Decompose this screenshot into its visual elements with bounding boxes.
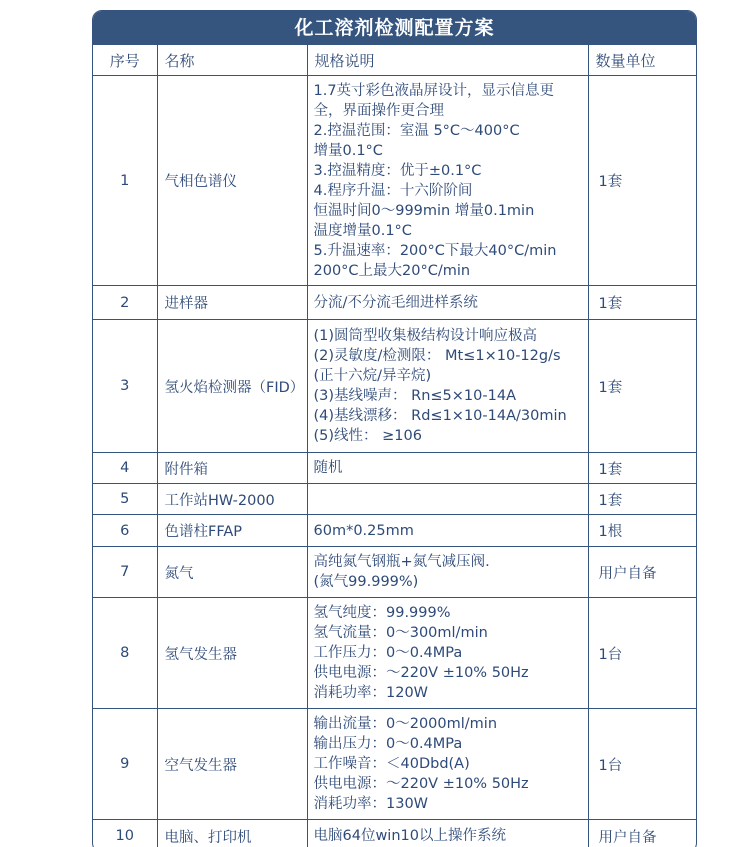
- row-spec: 分流/不分流毛细进样系统: [307, 286, 588, 320]
- row-qty: 1套: [588, 320, 696, 453]
- spec-line: 温度增量0.1°C: [314, 221, 582, 241]
- row-spec: [307, 484, 588, 515]
- spec-line: 消耗功率：120W: [314, 683, 582, 703]
- row-name: 氮气: [157, 547, 307, 598]
- header-index: 序号: [93, 45, 157, 76]
- table-row: 10 电脑、打印机 电脑64位win10以上操作系统 用户自备: [93, 820, 696, 847]
- spec-line: (正十六烷/异辛烷): [314, 366, 582, 386]
- row-qty: 1套: [588, 484, 696, 515]
- row-index: 6: [93, 515, 157, 547]
- row-qty: 1台: [588, 598, 696, 709]
- row-name: 工作站HW-2000: [157, 484, 307, 515]
- row-index: 10: [93, 820, 157, 847]
- spec-line: 1.7英寸彩色液晶屏设计，显示信息更: [314, 81, 582, 101]
- header-name: 名称: [157, 45, 307, 76]
- spec-line: 全，界面操作更合理: [314, 101, 582, 121]
- row-spec: 电脑64位win10以上操作系统: [307, 820, 588, 847]
- row-spec: 输出流量：0～2000ml/min 输出压力：0～0.4MPa 工作噪音：＜40…: [307, 709, 588, 820]
- spec-line: 输出压力：0～0.4MPa: [314, 734, 582, 754]
- header-qty: 数量单位: [588, 45, 696, 76]
- spec-line: 供电电源：～220V ±10% 50Hz: [314, 774, 582, 794]
- spec-line: 供电电源：～220V ±10% 50Hz: [314, 663, 582, 683]
- row-index: 4: [93, 453, 157, 484]
- row-spec: (1)圆筒型收集极结构设计响应极高 (2)灵敏度/检测限： Mt≤1×10-12…: [307, 320, 588, 453]
- row-name: 电脑、打印机: [157, 820, 307, 847]
- row-index: 3: [93, 320, 157, 453]
- row-name: 进样器: [157, 286, 307, 320]
- spec-line: 200°C上最大20°C/min: [314, 261, 582, 281]
- spec-line: 2.控温范围：室温 5°C～400°C: [314, 121, 582, 141]
- table-row: 6 色谱柱FFAP 60m*0.25mm 1根: [93, 515, 696, 547]
- row-name: 气相色谱仪: [157, 76, 307, 286]
- row-index: 7: [93, 547, 157, 598]
- spec-line: 输出流量：0～2000ml/min: [314, 714, 582, 734]
- row-qty: 用户自备: [588, 820, 696, 847]
- spec-line: 工作压力：0～0.4MPa: [314, 643, 582, 663]
- row-name: 空气发生器: [157, 709, 307, 820]
- spec-line: 增量0.1°C: [314, 141, 582, 161]
- spec-line: (5)线性： ≥106: [314, 426, 582, 446]
- row-index: 1: [93, 76, 157, 286]
- spec-line: (氮气99.999%): [314, 572, 582, 592]
- spec-line: 氢气纯度：99.999%: [314, 603, 582, 623]
- spec-line: 60m*0.25mm: [314, 521, 582, 541]
- config-table-card: 化工溶剂检测配置方案 序号 名称 规格说明 数量单位 1 气相色谱仪 1.7英寸…: [92, 10, 697, 847]
- spec-line: 高纯氮气钢瓶+氮气减压阀.: [314, 552, 582, 572]
- table-row: 8 氢气发生器 氢气纯度：99.999% 氢气流量：0～300ml/min 工作…: [93, 598, 696, 709]
- row-qty: 1套: [588, 76, 696, 286]
- spec-line: 随机: [314, 458, 582, 478]
- spec-line: 电脑64位win10以上操作系统: [314, 826, 582, 846]
- row-qty: 1套: [588, 286, 696, 320]
- row-index: 5: [93, 484, 157, 515]
- spec-line: 分流/不分流毛细进样系统: [314, 293, 582, 313]
- row-spec: 氢气纯度：99.999% 氢气流量：0～300ml/min 工作压力：0～0.4…: [307, 598, 588, 709]
- row-name: 氢气发生器: [157, 598, 307, 709]
- row-index: 8: [93, 598, 157, 709]
- spec-line: 消耗功率：130W: [314, 794, 582, 814]
- table-row: 7 氮气 高纯氮气钢瓶+氮气减压阀. (氮气99.999%) 用户自备: [93, 547, 696, 598]
- row-index: 9: [93, 709, 157, 820]
- table-title: 化工溶剂检测配置方案: [93, 11, 696, 45]
- row-spec: 60m*0.25mm: [307, 515, 588, 547]
- spec-line: (4)基线漂移： Rd≤1×10-14A/30min: [314, 406, 582, 426]
- table-row: 3 氢火焰检测器（FID） (1)圆筒型收集极结构设计响应极高 (2)灵敏度/检…: [93, 320, 696, 453]
- row-name: 氢火焰检测器（FID）: [157, 320, 307, 453]
- row-index: 2: [93, 286, 157, 320]
- table-row: 2 进样器 分流/不分流毛细进样系统 1套: [93, 286, 696, 320]
- row-spec: 随机: [307, 453, 588, 484]
- spec-line: 恒温时间0～999min 增量0.1min: [314, 201, 582, 221]
- row-spec: 1.7英寸彩色液晶屏设计，显示信息更 全，界面操作更合理 2.控温范围：室温 5…: [307, 76, 588, 286]
- table-row: 4 附件箱 随机 1套: [93, 453, 696, 484]
- spec-line: (2)灵敏度/检测限： Mt≤1×10-12g/s: [314, 346, 582, 366]
- table-row: 1 气相色谱仪 1.7英寸彩色液晶屏设计，显示信息更 全，界面操作更合理 2.控…: [93, 76, 696, 286]
- row-name: 色谱柱FFAP: [157, 515, 307, 547]
- row-qty: 1根: [588, 515, 696, 547]
- spec-line: 5.升温速率：200°C下最大40°C/min: [314, 241, 582, 261]
- row-spec: 高纯氮气钢瓶+氮气减压阀. (氮气99.999%): [307, 547, 588, 598]
- table-row: 9 空气发生器 输出流量：0～2000ml/min 输出压力：0～0.4MPa …: [93, 709, 696, 820]
- spec-line: 工作噪音：＜40Dbd(A): [314, 754, 582, 774]
- spec-line: (3)基线噪声： Rn≤5×10-14A: [314, 386, 582, 406]
- table-row: 5 工作站HW-2000 1套: [93, 484, 696, 515]
- spec-line: 3.控温精度：优于±0.1°C: [314, 161, 582, 181]
- row-name: 附件箱: [157, 453, 307, 484]
- spec-line: 4.程序升温：十六阶阶间: [314, 181, 582, 201]
- header-spec: 规格说明: [307, 45, 588, 76]
- config-table: 序号 名称 规格说明 数量单位 1 气相色谱仪 1.7英寸彩色液晶屏设计，显示信…: [93, 45, 696, 847]
- table-header-row: 序号 名称 规格说明 数量单位: [93, 45, 696, 76]
- spec-line: 氢气流量：0～300ml/min: [314, 623, 582, 643]
- spec-line: (1)圆筒型收集极结构设计响应极高: [314, 326, 582, 346]
- row-qty: 1套: [588, 453, 696, 484]
- row-qty: 1台: [588, 709, 696, 820]
- row-qty: 用户自备: [588, 547, 696, 598]
